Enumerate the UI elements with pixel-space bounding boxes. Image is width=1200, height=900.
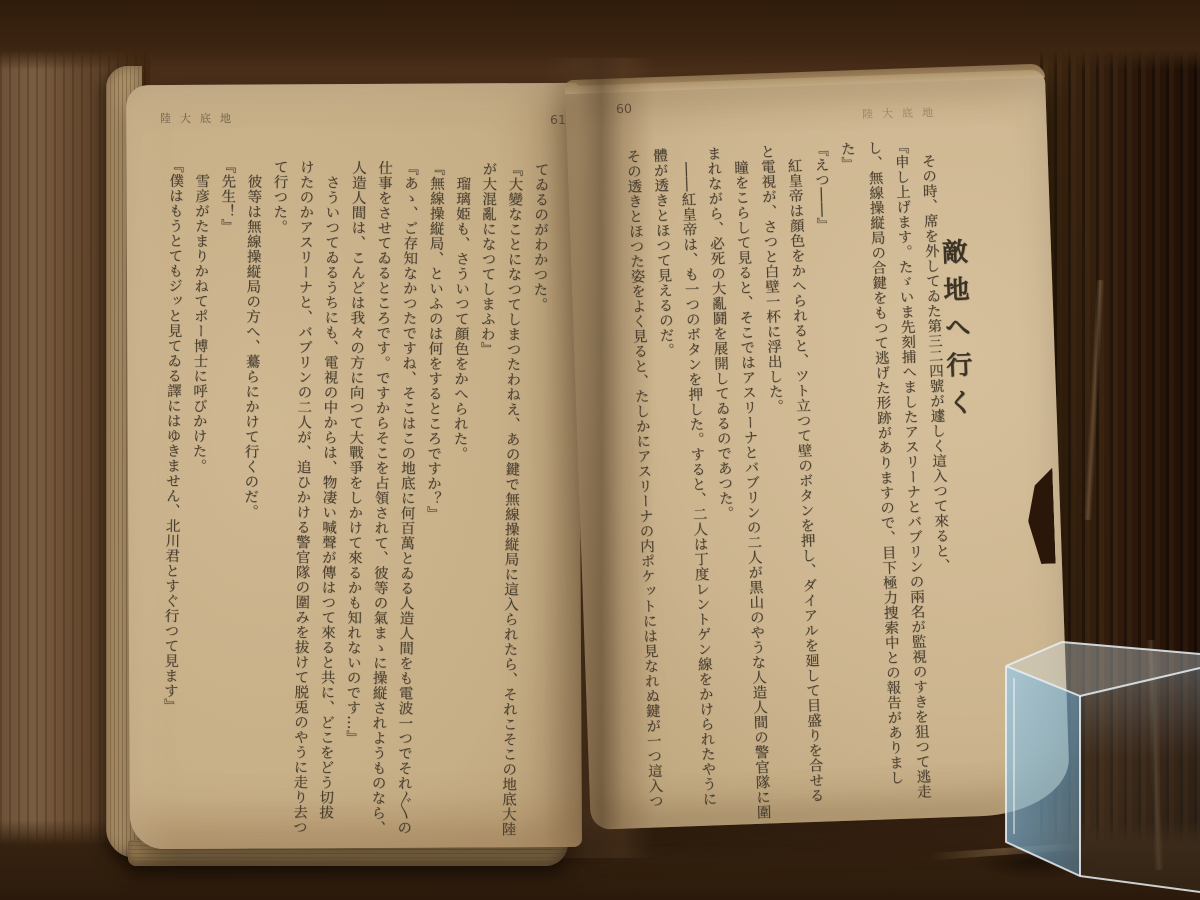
left-page-text: てゐるのがわかつた。『大變なことになつてしまつたわねえ、あの鍵で無線操縦局に這入…: [144, 158, 553, 862]
cube-front-face: [1080, 668, 1200, 892]
left-page-number: 61: [550, 112, 566, 127]
right-page-text: その時、席を外してゐた第三二四號が遽しく這入つて來ると、『申し上げます。たゞいま…: [598, 138, 964, 838]
wood-grain-top: [0, 0, 1200, 70]
photo-of-open-book: 陸大底地 61 てゐるのがわかつた。『大變なことになつてしまつたわねえ、あの鍵で…: [0, 0, 1200, 900]
left-running-title: 陸大底地: [160, 110, 240, 126]
acrylic-cube: [998, 634, 1200, 900]
right-running-title: 陸大底地: [862, 104, 942, 122]
right-page-number: 60: [616, 101, 632, 117]
cube-left-face: [1006, 666, 1080, 876]
